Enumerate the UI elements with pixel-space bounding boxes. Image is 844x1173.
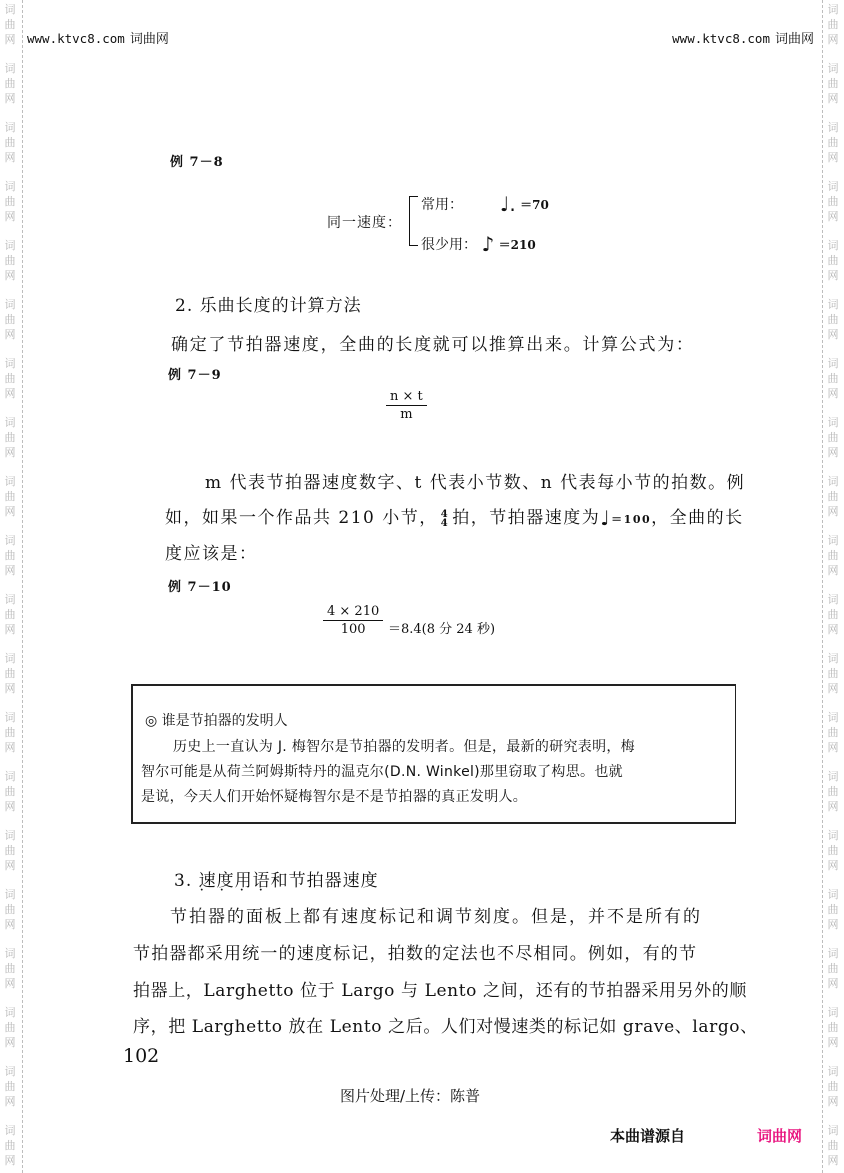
example-7-10-label: 例 7－10 [168, 576, 232, 595]
watermark-char: 曲 [0, 430, 20, 445]
watermark-char: 曲 [0, 961, 20, 976]
watermark-char: 曲 [0, 666, 20, 681]
watermark-char: 词 [0, 61, 20, 76]
watermark-char-group: 词曲网 [0, 592, 20, 637]
section-3-line-4: 序，把 Larghetto 放在 Lento 之后。人们对慢速类的标记如 gra… [133, 1012, 758, 1037]
watermark-char: 曲 [0, 843, 20, 858]
watermark-char: 网 [0, 386, 20, 401]
bracket [409, 196, 418, 246]
watermark-char: 曲 [823, 1079, 843, 1094]
fraction-bar [323, 620, 383, 621]
watermark-char: 网 [0, 1035, 20, 1050]
watermark-char: 网 [823, 799, 843, 814]
watermark-char: 网 [823, 1035, 843, 1050]
info-box: ◎ 谁是节拍器的发明人 历史上一直认为 J. 梅智尔是节拍器的发明者。但是，最新… [131, 684, 736, 824]
watermark-char: 网 [0, 563, 20, 578]
watermark-char: 网 [823, 150, 843, 165]
watermark-url: www.ktvc8.com [27, 31, 125, 46]
formula-fraction: n × t m [386, 389, 427, 422]
upload-credit: 图片处理/上传：陈普 [340, 1085, 480, 1106]
fraction-bar [386, 405, 427, 406]
watermark-char: 网 [0, 268, 20, 283]
quarter-note-icon: ♩ [600, 508, 611, 528]
watermark-char-group: 词曲网 [823, 120, 843, 165]
watermark-char-group: 词曲网 [0, 297, 20, 342]
watermark-char: 网 [823, 858, 843, 873]
text-fragment: 如，如果一个作品共 210 小节， [165, 508, 438, 528]
watermark-char-group: 词曲网 [0, 887, 20, 932]
watermark-char-group: 词曲网 [823, 2, 843, 47]
watermark-char-group: 词曲网 [823, 1005, 843, 1050]
watermark-char: 词 [823, 415, 843, 430]
watermark-char: 网 [823, 681, 843, 696]
paragraph-line-1: m 代表节拍器速度数字、t 代表小节数、n 代表每小节的拍数。例 [205, 468, 745, 493]
watermark-char-group: 词曲网 [0, 1064, 20, 1109]
watermark-char: 词 [823, 474, 843, 489]
watermark-char: 曲 [0, 784, 20, 799]
emphasis-dot: · [259, 885, 262, 896]
formula-denominator: m [386, 407, 427, 422]
watermark-char: 曲 [0, 1079, 20, 1094]
watermark-char: 词 [823, 238, 843, 253]
watermark-char: 词 [0, 415, 20, 430]
watermark-char: 网 [823, 504, 843, 519]
watermark-char-group: 词曲网 [0, 946, 20, 991]
watermark-char: 词 [823, 2, 843, 17]
watermark-char: 网 [823, 386, 843, 401]
watermark-char: 词 [823, 828, 843, 843]
watermark-char: 词 [0, 238, 20, 253]
watermark-char: 曲 [823, 135, 843, 150]
watermark-char: 网 [823, 1153, 843, 1168]
watermark-char: 曲 [823, 312, 843, 327]
calc-numerator: 4 × 210 [323, 604, 383, 619]
info-box-line-2: 智尔可能是从荷兰阿姆斯特丹的温克尔(D.N. Winkel)那里窃取了构思。也就 [141, 761, 623, 781]
watermark-char-group: 词曲网 [823, 356, 843, 401]
watermark-char: 词 [823, 887, 843, 902]
watermark-char: 词 [0, 887, 20, 902]
row-label: 常用： [421, 197, 463, 213]
watermark-char: 曲 [823, 489, 843, 504]
watermark-char: 曲 [0, 489, 20, 504]
watermark-char-group: 词曲网 [823, 297, 843, 342]
watermark-char-group: 词曲网 [0, 710, 20, 755]
watermark-char: 词 [0, 946, 20, 961]
tempo-row-common: 常用： ♩. ＝70 [421, 194, 549, 214]
emphasis-dot: · [200, 885, 203, 896]
watermark-char-group: 词曲网 [0, 2, 20, 47]
watermark-char: 曲 [823, 548, 843, 563]
info-box-line-1: 历史上一直认为 J. 梅智尔是节拍器的发明者。但是，最新的研究表明，梅 [173, 736, 635, 756]
watermark-char-group: 词曲网 [0, 356, 20, 401]
watermark-char: 词 [0, 474, 20, 489]
watermark-char: 网 [823, 622, 843, 637]
watermark-char: 词 [0, 651, 20, 666]
calc-result: ＝8.4(8 分 24 秒) [388, 618, 495, 637]
watermark-char: 网 [823, 740, 843, 755]
watermark-site-name: 词曲网 [130, 32, 169, 47]
watermark-char: 曲 [0, 902, 20, 917]
watermark-char: 词 [823, 120, 843, 135]
watermark-char-group: 词曲网 [0, 61, 20, 106]
watermark-char: 词 [823, 651, 843, 666]
watermark-char: 曲 [0, 1020, 20, 1035]
tempo-value: ＝70 [520, 198, 549, 212]
watermark-char: 曲 [823, 1020, 843, 1035]
watermark-char: 网 [823, 268, 843, 283]
watermark-char: 词 [823, 1123, 843, 1138]
watermark-char: 词 [823, 592, 843, 607]
section-3-line-2: 节拍器都采用统一的速度标记，拍数的定法也不尽相同。例如，有的节 [133, 939, 697, 964]
watermark-char: 网 [823, 445, 843, 460]
watermark-char-group: 词曲网 [0, 415, 20, 460]
watermark-char: 曲 [823, 430, 843, 445]
row-label: 很少用： [421, 237, 477, 253]
watermark-char: 曲 [823, 17, 843, 32]
watermark-char: 网 [0, 976, 20, 991]
watermark-char: 网 [823, 917, 843, 932]
section-2-heading: 2. 乐曲长度的计算方法 [175, 291, 362, 316]
watermark-char: 词 [823, 1064, 843, 1079]
watermark-char: 词 [0, 297, 20, 312]
watermark-char-group: 词曲网 [823, 238, 843, 283]
emphasis-dot: · [240, 885, 243, 896]
dotted-quarter-note-icon: ♩. [500, 194, 516, 214]
watermark-char: 网 [0, 740, 20, 755]
text-fragment: ，全曲的长 [651, 508, 744, 528]
right-watermark-strip: 词曲网词曲网词曲网词曲网词曲网词曲网词曲网词曲网词曲网词曲网词曲网词曲网词曲网词… [822, 0, 844, 1173]
watermark-char: 曲 [823, 843, 843, 858]
watermark-char: 曲 [823, 253, 843, 268]
watermark-char: 词 [0, 592, 20, 607]
info-box-title: ◎ 谁是节拍器的发明人 [145, 710, 288, 730]
time-signature: 44 [441, 510, 449, 528]
paragraph-line-3: 度应该是： [165, 539, 258, 564]
emphasis-dot: · [220, 885, 223, 896]
watermark-char: 曲 [823, 725, 843, 740]
watermark-char-group: 词曲网 [823, 533, 843, 578]
watermark-site-name: 词曲网 [775, 32, 814, 47]
watermark-char: 曲 [0, 548, 20, 563]
watermark-char: 曲 [823, 784, 843, 799]
watermark-char: 网 [823, 32, 843, 47]
watermark-char: 网 [0, 799, 20, 814]
watermark-char: 词 [0, 710, 20, 725]
watermark-char: 曲 [0, 312, 20, 327]
watermark-char: 词 [823, 1005, 843, 1020]
watermark-char-group: 词曲网 [0, 120, 20, 165]
watermark-char: 词 [0, 1064, 20, 1079]
watermark-char: 词 [0, 533, 20, 548]
watermark-char-group: 词曲网 [0, 769, 20, 814]
formula-numerator: n × t [386, 389, 427, 404]
watermark-char: 网 [823, 1094, 843, 1109]
example-7-8-label: 例 7－8 [170, 151, 224, 170]
eighth-note-icon: ♪ [481, 234, 494, 254]
left-watermark-strip: 词曲网词曲网词曲网词曲网词曲网词曲网词曲网词曲网词曲网词曲网词曲网词曲网词曲网词… [0, 0, 23, 1173]
watermark-char-group: 词曲网 [0, 238, 20, 283]
watermark-char-group: 词曲网 [823, 61, 843, 106]
page-number: 102 [123, 1045, 159, 1067]
watermark-char: 词 [823, 769, 843, 784]
watermark-char-group: 词曲网 [823, 946, 843, 991]
watermark-char: 曲 [0, 253, 20, 268]
watermark-char: 网 [0, 1094, 20, 1109]
watermark-char: 词 [0, 179, 20, 194]
watermark-char: 网 [0, 209, 20, 224]
watermark-char: 网 [0, 917, 20, 932]
watermark-char-group: 词曲网 [823, 828, 843, 873]
source-label: 本曲谱源自 [610, 1125, 685, 1146]
watermark-char: 词 [0, 2, 20, 17]
watermark-char: 曲 [823, 666, 843, 681]
watermark-char: 曲 [823, 76, 843, 91]
tempo-row-rare: 很少用： ♪ ＝210 [421, 234, 536, 254]
watermark-char-group: 词曲网 [0, 474, 20, 519]
watermark-char: 网 [0, 327, 20, 342]
tempo-value: ＝210 [499, 238, 536, 252]
watermark-char-group: 词曲网 [823, 651, 843, 696]
watermark-char: 网 [823, 209, 843, 224]
watermark-char: 词 [823, 179, 843, 194]
tempo-value: ＝100 [611, 513, 651, 526]
watermark-char: 曲 [0, 607, 20, 622]
watermark-char: 网 [823, 327, 843, 342]
section-3-heading: 3. 速度用语和节拍器速度 [174, 866, 379, 891]
watermark-char-group: 词曲网 [823, 415, 843, 460]
watermark-char-group: 词曲网 [823, 1064, 843, 1109]
info-box-line-3: 是说，今天人们开始怀疑梅智尔是不是节拍器的真正发明人。 [141, 786, 527, 806]
watermark-char-group: 词曲网 [823, 769, 843, 814]
watermark-char: 词 [0, 120, 20, 135]
watermark-char: 网 [823, 91, 843, 106]
header-watermark-right: www.ktvc8.com词曲网 [672, 28, 814, 47]
watermark-char: 曲 [823, 1138, 843, 1153]
watermark-char-group: 词曲网 [0, 651, 20, 696]
watermark-char: 网 [0, 1153, 20, 1168]
time-sig-bottom: 4 [441, 519, 449, 528]
watermark-char: 词 [823, 61, 843, 76]
watermark-char-group: 词曲网 [0, 179, 20, 224]
watermark-char: 网 [0, 150, 20, 165]
text-fragment: 拍，节拍器速度为 [452, 508, 600, 528]
watermark-char-group: 词曲网 [823, 710, 843, 755]
watermark-char: 词 [0, 356, 20, 371]
watermark-char: 词 [823, 533, 843, 548]
watermark-char: 曲 [0, 1138, 20, 1153]
watermark-char: 词 [0, 1005, 20, 1020]
calc-fraction: 4 × 210 100 [323, 604, 383, 637]
watermark-char: 词 [0, 769, 20, 784]
watermark-char: 网 [0, 858, 20, 873]
source-brand: 词曲网 [757, 1125, 802, 1146]
watermark-char-group: 词曲网 [823, 1123, 843, 1168]
watermark-char: 曲 [0, 17, 20, 32]
watermark-char-group: 词曲网 [823, 887, 843, 932]
watermark-char: 网 [0, 681, 20, 696]
watermark-char: 曲 [0, 371, 20, 386]
watermark-url: www.ktvc8.com [672, 31, 770, 46]
watermark-char: 词 [823, 297, 843, 312]
watermark-char: 曲 [0, 76, 20, 91]
watermark-char: 曲 [823, 902, 843, 917]
example-7-9-label: 例 7－9 [168, 364, 222, 383]
watermark-char: 曲 [823, 371, 843, 386]
watermark-char-group: 词曲网 [823, 592, 843, 637]
watermark-char-group: 词曲网 [0, 533, 20, 578]
watermark-char-group: 词曲网 [823, 179, 843, 224]
header-watermark-left: www.ktvc8.com词曲网 [27, 28, 169, 47]
watermark-char: 曲 [0, 725, 20, 740]
watermark-char: 网 [823, 976, 843, 991]
watermark-char: 网 [0, 445, 20, 460]
watermark-char-group: 词曲网 [0, 1005, 20, 1050]
watermark-char: 词 [0, 828, 20, 843]
watermark-char: 网 [0, 91, 20, 106]
watermark-char: 曲 [823, 961, 843, 976]
section-3-line-1: 节拍器的面板上都有速度标记和调节刻度。但是，并不是所有的 [170, 902, 702, 927]
watermark-char: 词 [823, 946, 843, 961]
watermark-char: 网 [0, 32, 20, 47]
watermark-char-group: 词曲网 [0, 828, 20, 873]
watermark-char: 网 [823, 563, 843, 578]
watermark-char: 词 [823, 710, 843, 725]
watermark-char: 网 [0, 622, 20, 637]
watermark-char: 词 [823, 356, 843, 371]
watermark-char: 词 [0, 1123, 20, 1138]
calc-denominator: 100 [323, 622, 383, 637]
watermark-char: 曲 [823, 607, 843, 622]
watermark-char-group: 词曲网 [0, 1123, 20, 1168]
watermark-char: 曲 [0, 194, 20, 209]
watermark-char: 网 [0, 504, 20, 519]
section-2-intro: 确定了节拍器速度，全曲的长度就可以推算出来。计算公式为： [171, 330, 695, 355]
paragraph-line-2: 如，如果一个作品共 210 小节，44拍，节拍器速度为♩＝100，全曲的长 [165, 503, 744, 528]
watermark-char-group: 词曲网 [823, 474, 843, 519]
watermark-char: 曲 [823, 194, 843, 209]
section-3-line-3: 拍器上，Larghetto 位于 Largo 与 Lento 之间，还有的节拍器… [133, 976, 747, 1001]
tempo-subject: 同一速度： [327, 212, 402, 232]
watermark-char: 曲 [0, 135, 20, 150]
